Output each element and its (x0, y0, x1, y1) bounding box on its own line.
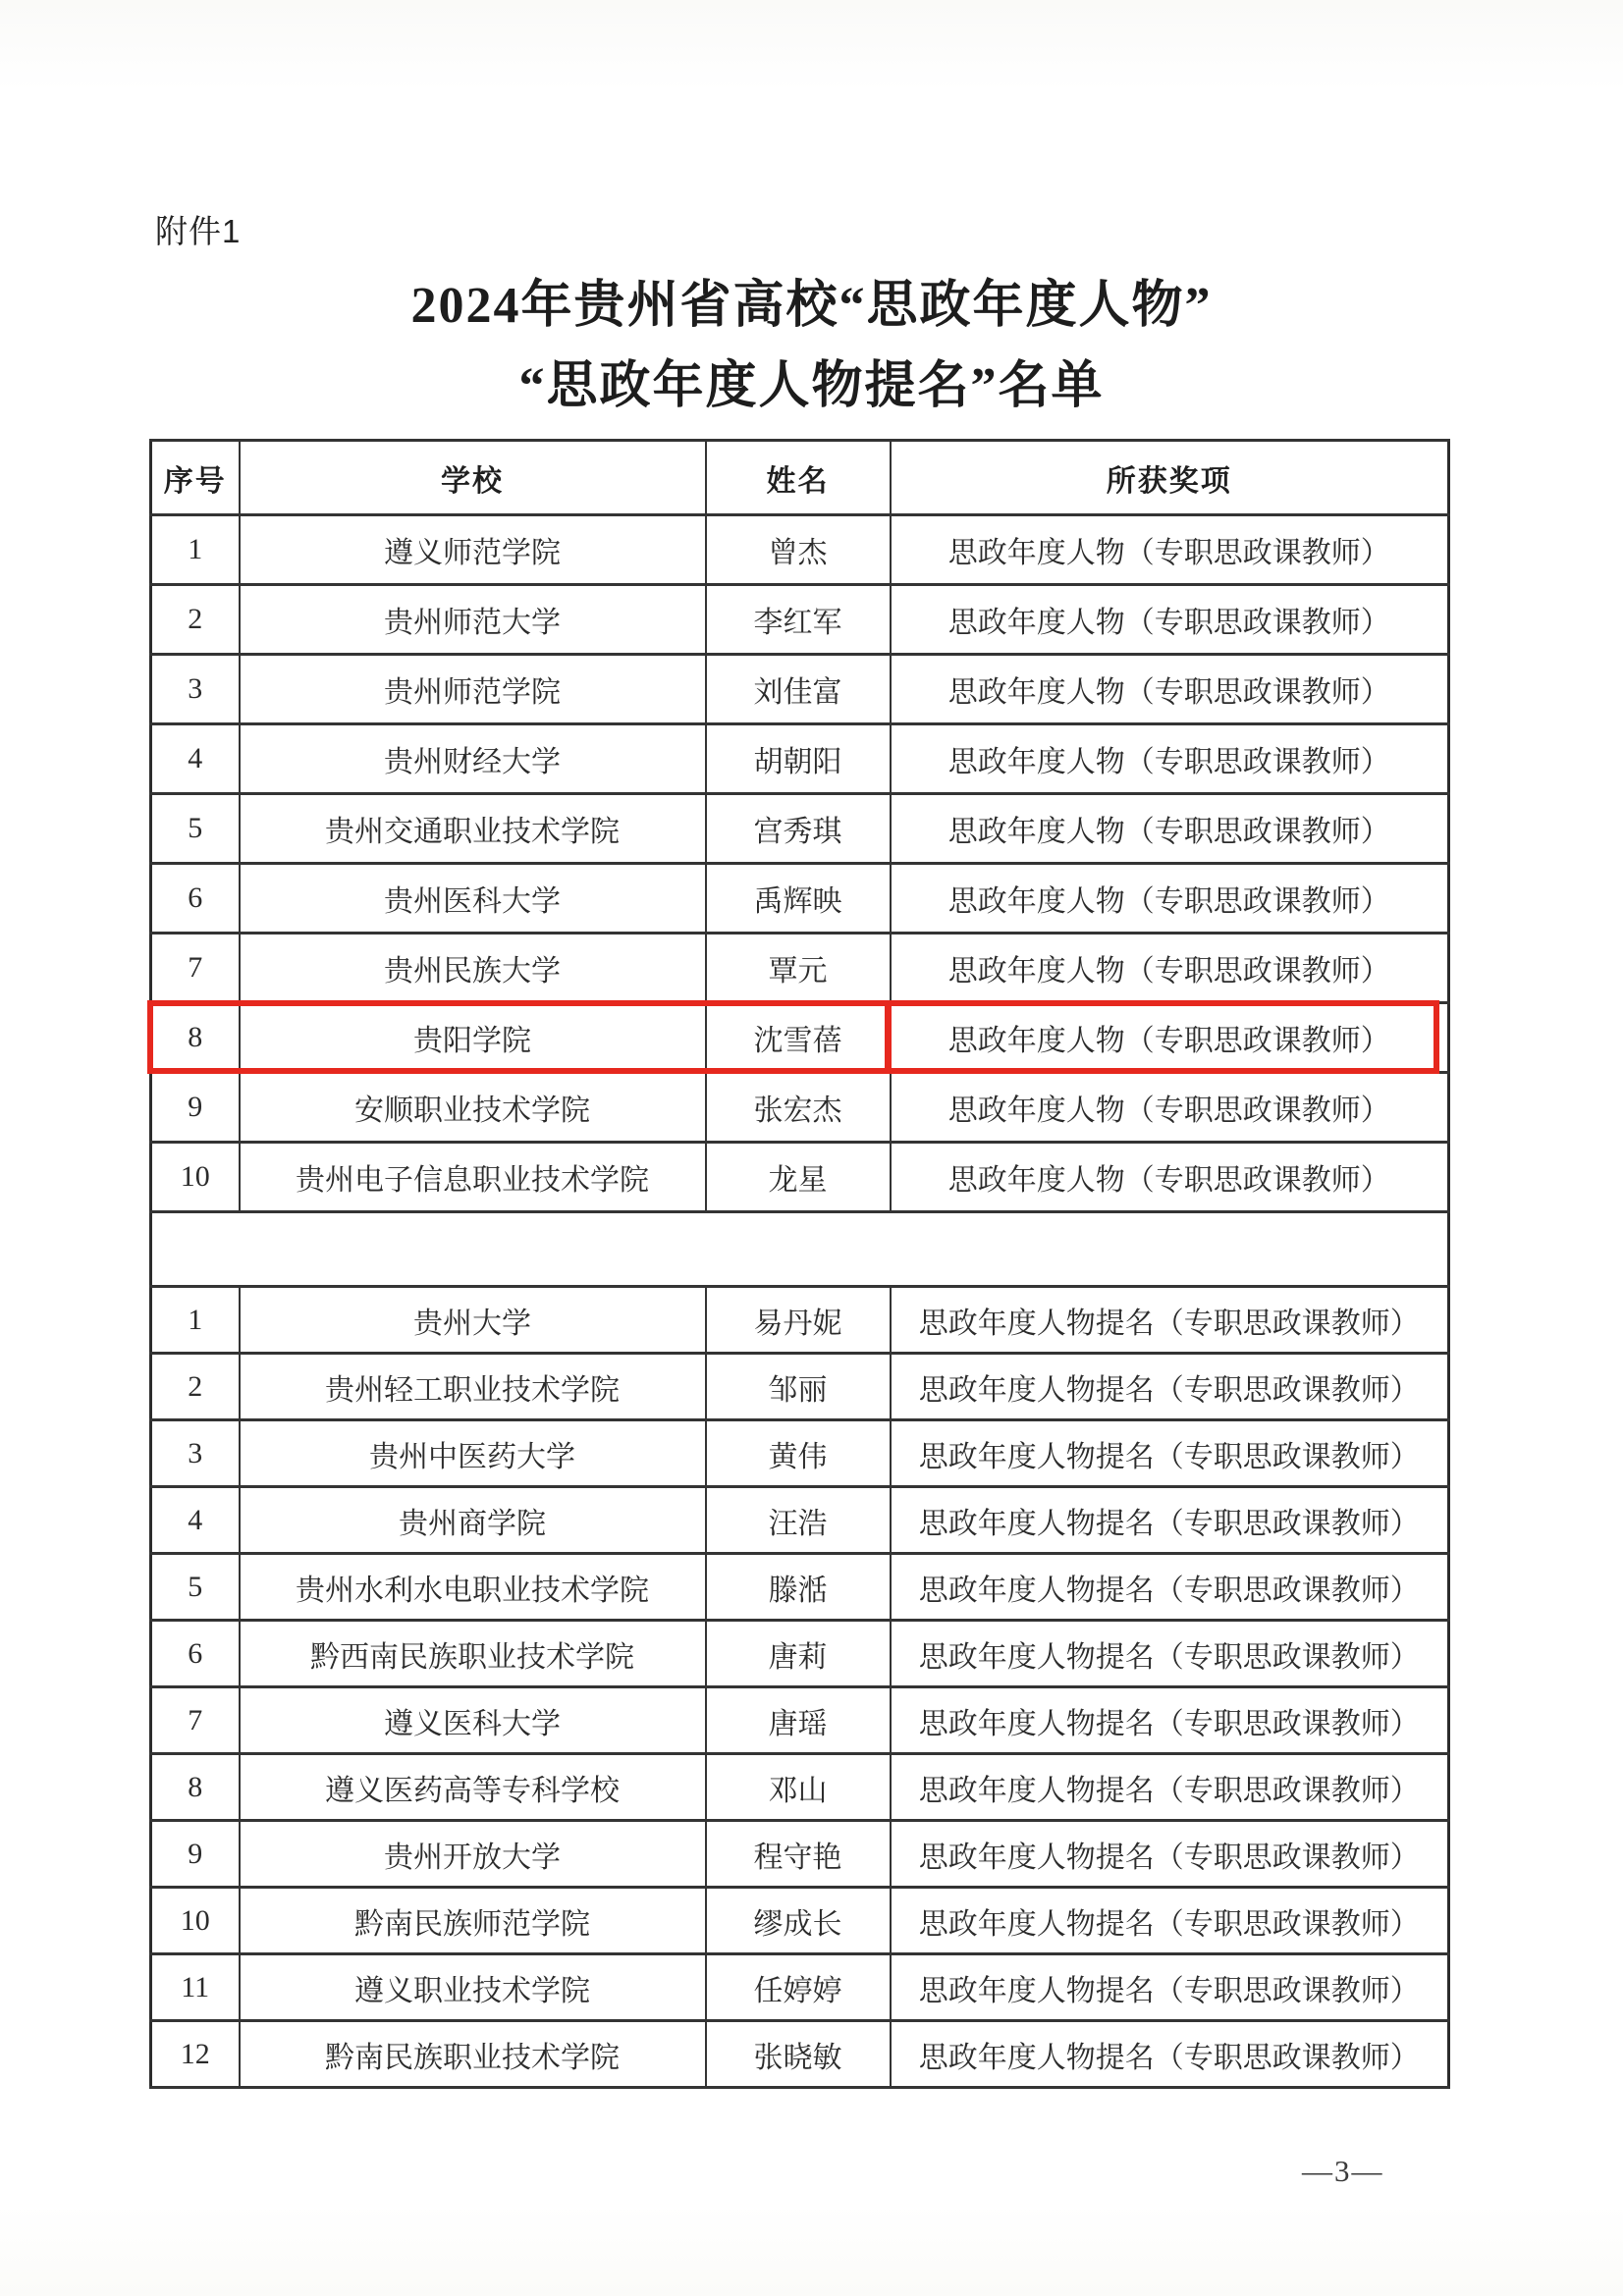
row-school: 贵州民族大学 (240, 934, 706, 1003)
row-school: 贵阳学院 (240, 1003, 706, 1073)
table-row: 4贵州财经大学胡朝阳思政年度人物（专职思政课教师） (151, 724, 1449, 794)
row-no: 2 (151, 1354, 240, 1420)
row-no: 6 (151, 864, 240, 934)
row-no: 3 (151, 1420, 240, 1487)
row-school: 贵州商学院 (240, 1487, 706, 1554)
row-no: 2 (151, 585, 240, 655)
row-name: 覃元 (706, 934, 891, 1003)
table-row: 10贵州电子信息职业技术学院龙星思政年度人物（专职思政课教师） (151, 1143, 1449, 1212)
row-name: 缪成长 (706, 1888, 891, 1954)
row-school: 遵义医药高等专科学校 (240, 1754, 706, 1821)
row-no: 7 (151, 934, 240, 1003)
row-name: 黄伟 (706, 1420, 891, 1487)
row-name: 邓山 (706, 1754, 891, 1821)
table-row: 5贵州水利水电职业技术学院滕湉思政年度人物提名（专职思政课教师） (151, 1554, 1449, 1621)
row-no: 11 (151, 1954, 240, 2021)
table-row: 8遵义医药高等专科学校邓山思政年度人物提名（专职思政课教师） (151, 1754, 1449, 1821)
row-name: 宫秀琪 (706, 794, 891, 864)
row-award: 思政年度人物提名（专职思政课教师） (891, 1621, 1449, 1687)
row-award: 思政年度人物提名（专职思政课教师） (891, 1420, 1449, 1487)
row-award: 思政年度人物（专职思政课教师） (891, 655, 1449, 724)
row-award: 思政年度人物提名（专职思政课教师） (891, 1821, 1449, 1888)
row-school: 贵州师范学院 (240, 655, 706, 724)
header-no: 序号 (151, 441, 240, 515)
row-award: 思政年度人物提名（专职思政课教师） (891, 1287, 1449, 1354)
table-header-row: 序号 学校 姓名 所获奖项 (151, 441, 1449, 515)
row-no: 10 (151, 1143, 240, 1212)
row-school: 遵义职业技术学院 (240, 1954, 706, 2021)
row-name: 刘佳富 (706, 655, 891, 724)
row-no: 7 (151, 1687, 240, 1754)
table-row: 6贵州医科大学禹辉映思政年度人物（专职思政课教师） (151, 864, 1449, 934)
table-row: 2贵州轻工职业技术学院邹丽思政年度人物提名（专职思政课教师） (151, 1354, 1449, 1420)
row-no: 12 (151, 2021, 240, 2088)
row-name: 张晓敏 (706, 2021, 891, 2088)
table-row-highlighted: 8贵阳学院沈雪蓓思政年度人物（专职思政课教师） (151, 1003, 1449, 1073)
row-award: 思政年度人物（专职思政课教师） (891, 864, 1449, 934)
row-no: 4 (151, 724, 240, 794)
table-row: 10黔南民族师范学院缪成长思政年度人物提名（专职思政课教师） (151, 1888, 1449, 1954)
row-school: 贵州开放大学 (240, 1821, 706, 1888)
document-title-line1: 2024年贵州省高校“思政年度人物” (0, 263, 1623, 337)
row-school: 安顺职业技术学院 (240, 1073, 706, 1143)
separator-row (151, 1212, 1449, 1287)
table-row: 9安顺职业技术学院张宏杰思政年度人物（专职思政课教师） (151, 1073, 1449, 1143)
row-no: 1 (151, 515, 240, 585)
table-row: 6黔西南民族职业技术学院唐莉思政年度人物提名（专职思政课教师） (151, 1621, 1449, 1687)
row-award: 思政年度人物（专职思政课教师） (891, 1073, 1449, 1143)
document-title-line2: “思政年度人物提名”名单 (0, 344, 1623, 417)
row-school: 黔南民族职业技术学院 (240, 2021, 706, 2088)
row-no: 4 (151, 1487, 240, 1554)
row-award: 思政年度人物提名（专职思政课教师） (891, 1888, 1449, 1954)
row-name: 曾杰 (706, 515, 891, 585)
row-award: 思政年度人物提名（专职思政课教师） (891, 1554, 1449, 1621)
row-no: 8 (151, 1003, 240, 1073)
row-no: 5 (151, 794, 240, 864)
row-name: 唐莉 (706, 1621, 891, 1687)
table-row: 3贵州师范学院刘佳富思政年度人物（专职思政课教师） (151, 655, 1449, 724)
row-school: 贵州中医药大学 (240, 1420, 706, 1487)
separator-cell (151, 1212, 1449, 1287)
row-award: 思政年度人物（专职思政课教师） (891, 585, 1449, 655)
row-school: 贵州财经大学 (240, 724, 706, 794)
row-name: 易丹妮 (706, 1287, 891, 1354)
row-award: 思政年度人物提名（专职思政课教师） (891, 1954, 1449, 2021)
row-name: 邹丽 (706, 1354, 891, 1420)
row-no: 6 (151, 1621, 240, 1687)
row-school: 贵州电子信息职业技术学院 (240, 1143, 706, 1212)
row-award: 思政年度人物（专职思政课教师） (891, 1143, 1449, 1212)
row-school: 贵州水利水电职业技术学院 (240, 1554, 706, 1621)
award-table-body: 1遵义师范学院曾杰思政年度人物（专职思政课教师）2贵州师范大学李红军思政年度人物… (151, 515, 1449, 2088)
row-name: 禹辉映 (706, 864, 891, 934)
row-school: 贵州轻工职业技术学院 (240, 1354, 706, 1420)
row-name: 张宏杰 (706, 1073, 891, 1143)
row-no: 8 (151, 1754, 240, 1821)
row-school: 遵义师范学院 (240, 515, 706, 585)
row-no: 1 (151, 1287, 240, 1354)
row-award: 思政年度人物（专职思政课教师） (891, 724, 1449, 794)
row-award: 思政年度人物提名（专职思政课教师） (891, 1354, 1449, 1420)
row-name: 唐瑶 (706, 1687, 891, 1754)
row-school: 贵州医科大学 (240, 864, 706, 934)
row-name: 任婷婷 (706, 1954, 891, 2021)
table-row: 3贵州中医药大学黄伟思政年度人物提名（专职思政课教师） (151, 1420, 1449, 1487)
row-name: 李红军 (706, 585, 891, 655)
table-row: 9贵州开放大学程守艳思政年度人物提名（专职思政课教师） (151, 1821, 1449, 1888)
row-name: 汪浩 (706, 1487, 891, 1554)
row-award: 思政年度人物提名（专职思政课教师） (891, 1754, 1449, 1821)
row-award: 思政年度人物提名（专职思政课教师） (891, 2021, 1449, 2088)
row-school: 贵州大学 (240, 1287, 706, 1354)
table-row: 1遵义师范学院曾杰思政年度人物（专职思政课教师） (151, 515, 1449, 585)
table-row: 12黔南民族职业技术学院张晓敏思政年度人物提名（专职思政课教师） (151, 2021, 1449, 2088)
row-school: 遵义医科大学 (240, 1687, 706, 1754)
header-name: 姓名 (706, 441, 891, 515)
row-name: 滕湉 (706, 1554, 891, 1621)
table-row: 5贵州交通职业技术学院宫秀琪思政年度人物（专职思政课教师） (151, 794, 1449, 864)
attachment-label: 附件1 (155, 206, 241, 252)
row-school: 黔南民族师范学院 (240, 1888, 706, 1954)
row-award: 思政年度人物提名（专职思政课教师） (891, 1487, 1449, 1554)
row-school: 黔西南民族职业技术学院 (240, 1621, 706, 1687)
table-row: 11遵义职业技术学院任婷婷思政年度人物提名（专职思政课教师） (151, 1954, 1449, 2021)
row-no: 3 (151, 655, 240, 724)
row-no: 10 (151, 1888, 240, 1954)
table-row: 2贵州师范大学李红军思政年度人物（专职思政课教师） (151, 585, 1449, 655)
header-school: 学校 (240, 441, 706, 515)
row-no: 9 (151, 1073, 240, 1143)
page-number: —3— (1302, 2154, 1384, 2189)
row-name: 胡朝阳 (706, 724, 891, 794)
row-award: 思政年度人物（专职思政课教师） (891, 934, 1449, 1003)
table-row: 4贵州商学院汪浩思政年度人物提名（专职思政课教师） (151, 1487, 1449, 1554)
row-no: 5 (151, 1554, 240, 1621)
table-row: 1贵州大学易丹妮思政年度人物提名（专职思政课教师） (151, 1287, 1449, 1354)
table-row: 7遵义医科大学唐瑶思政年度人物提名（专职思政课教师） (151, 1687, 1449, 1754)
row-school: 贵州交通职业技术学院 (240, 794, 706, 864)
row-name: 龙星 (706, 1143, 891, 1212)
row-no: 9 (151, 1821, 240, 1888)
document-page: 附件1 2024年贵州省高校“思政年度人物” “思政年度人物提名”名单 序号 学… (0, 0, 1623, 2296)
row-award: 思政年度人物提名（专职思政课教师） (891, 1687, 1449, 1754)
row-name: 程守艳 (706, 1821, 891, 1888)
table-row: 7贵州民族大学覃元思政年度人物（专职思政课教师） (151, 934, 1449, 1003)
row-award: 思政年度人物（专职思政课教师） (891, 1003, 1449, 1073)
row-award: 思政年度人物（专职思政课教师） (891, 515, 1449, 585)
row-name: 沈雪蓓 (706, 1003, 891, 1073)
row-school: 贵州师范大学 (240, 585, 706, 655)
award-table: 序号 学校 姓名 所获奖项 1遵义师范学院曾杰思政年度人物（专职思政课教师）2贵… (149, 439, 1450, 2089)
header-award: 所获奖项 (891, 441, 1449, 515)
row-award: 思政年度人物（专职思政课教师） (891, 794, 1449, 864)
